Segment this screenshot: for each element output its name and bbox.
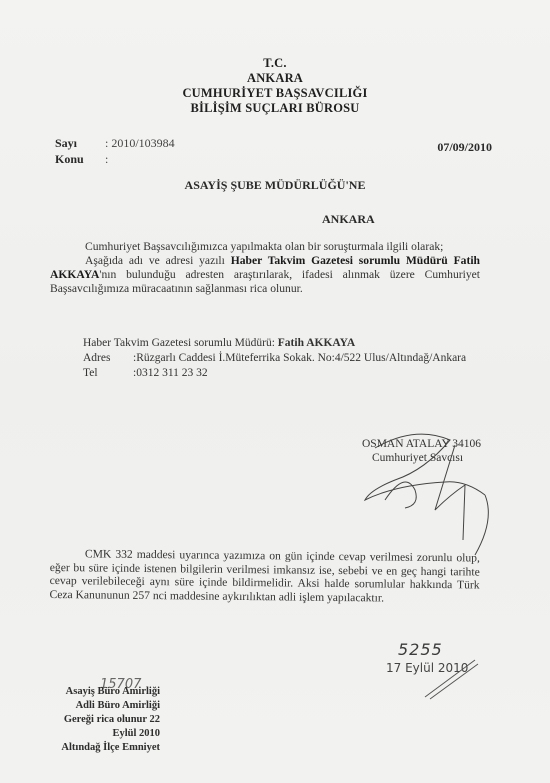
document-page: T.C. ANKARA CUMHURİYET BAŞSAVCILIĞI BİLİ… bbox=[0, 0, 550, 783]
stamp-strike-icon bbox=[420, 655, 480, 700]
routing-line-1: Asayiş Büro Amirliği bbox=[40, 685, 160, 699]
konu-value: : bbox=[105, 151, 108, 167]
sayi-label: Sayı bbox=[55, 135, 105, 151]
contact-name: Fatih AKKAYA bbox=[278, 337, 355, 349]
letterhead-office: CUMHURİYET BAŞSAVCILIĞI bbox=[0, 86, 550, 101]
legal-notice-text: CMK 332 maddesi uyarınca yazımıza on gün… bbox=[49, 547, 480, 605]
routing-stamp: Asayiş Büro Amirliği Adli Büro Amirliği … bbox=[40, 685, 160, 755]
sayi-value: : 2010/103984 bbox=[105, 135, 175, 151]
body-request: Aşağıda adı ve adresi yazılı Haber Takvi… bbox=[50, 254, 480, 296]
tel-label: Tel bbox=[83, 366, 133, 381]
routing-line-2: Adli Büro Amirliği bbox=[40, 699, 160, 713]
routing-line-4: Altındağ İlçe Emniyet bbox=[40, 741, 160, 755]
letterhead-tc: T.C. bbox=[0, 56, 550, 71]
handwritten-signature-icon bbox=[355, 430, 515, 560]
letterhead: T.C. ANKARA CUMHURİYET BAŞSAVCILIĞI BİLİ… bbox=[0, 56, 550, 116]
address-label: Adres bbox=[83, 351, 133, 366]
reference-block: Sayı : 2010/103984 Konu : bbox=[55, 135, 175, 167]
letterhead-bureau: BİLİŞİM SUÇLARI BÜROSU bbox=[0, 101, 550, 116]
tel-value: :0312 311 23 32 bbox=[133, 366, 208, 381]
body-intro: Cumhuriyet Başsavcılığımızca yapılmakta … bbox=[50, 240, 480, 254]
contact-block: Haber Takvim Gazetesi sorumlu Müdürü: Fa… bbox=[83, 336, 466, 381]
request-body: Cumhuriyet Başsavcılığımızca yapılmakta … bbox=[50, 240, 480, 296]
konu-label: Konu bbox=[55, 151, 105, 167]
document-date: 07/09/2010 bbox=[437, 140, 492, 155]
addressee: ASAYİŞ ŞUBE MÜDÜRLÜĞÜ'NE bbox=[0, 178, 550, 193]
addressee-city: ANKARA bbox=[322, 212, 375, 227]
routing-line-3: Gereği rica olunur 22 Eylül 2010 bbox=[40, 713, 160, 741]
address-value: :Rüzgarlı Caddesi İ.Müteferrika Sokak. N… bbox=[133, 351, 466, 366]
letterhead-city: ANKARA bbox=[0, 71, 550, 86]
legal-notice: CMK 332 maddesi uyarınca yazımıza on gün… bbox=[49, 547, 480, 605]
